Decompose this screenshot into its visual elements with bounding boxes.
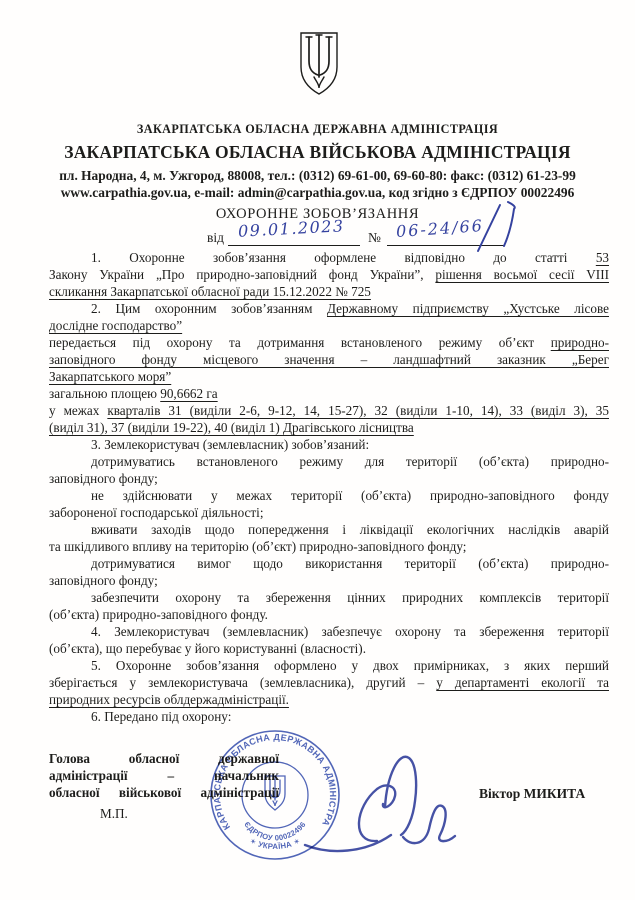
- date-blank-underline: [228, 228, 360, 246]
- body-line: 1. Охоронне зобов’язання оформлене відпо…: [49, 249, 609, 266]
- signer-name: Віктор МИКИТА: [479, 786, 585, 802]
- date-label: від: [207, 230, 224, 246]
- seal-place-label: М.П.: [100, 806, 128, 822]
- document-body: 1. Охоронне зобов’язання оформлене відпо…: [49, 249, 609, 725]
- body-line: дослідне господарство”: [49, 317, 609, 334]
- body-line: природних ресурсів облдержадміністрації.: [49, 691, 609, 708]
- body-line: заповідного фонду;: [49, 470, 609, 487]
- body-line: (об’єкта), що перебуває у його користува…: [49, 640, 609, 657]
- body-line: дотримуватись встановленого режиму для т…: [49, 453, 609, 470]
- body-line: вживати заходів щодо попередження і лікв…: [49, 521, 609, 538]
- body-line: скликання Закарпатської обласної ради 15…: [49, 283, 609, 300]
- contact-line: www.carpathia.gov.ua, e-mail: admin@carp…: [0, 185, 635, 201]
- body-line: не здійснювати у межах території (об’єкт…: [49, 487, 609, 504]
- ukraine-trident-icon: [297, 30, 341, 98]
- body-line: зберігається у землекористувача (землевл…: [49, 674, 609, 691]
- seal-trident-icon: [265, 776, 285, 810]
- body-line: забороненої господарської діяльності;: [49, 504, 609, 521]
- body-line: (виділ 31), 37 (виділи 19-22), 40 (виділ…: [49, 419, 609, 436]
- number-label: №: [368, 230, 381, 246]
- body-line: забезпечити охорону та збереження цінних…: [49, 589, 609, 606]
- body-line: передається під охорону та дотримання вс…: [49, 334, 609, 351]
- handwritten-signature: [285, 745, 485, 865]
- body-line: (об’єкта) природно-заповідного фонду.: [49, 606, 609, 623]
- body-line: Закону України „Про природно-заповідний …: [49, 266, 609, 283]
- body-line: 4. Землекористувач (землевласник) забезп…: [49, 623, 609, 640]
- body-line: 5. Охоронне зобов’язання оформлено у дво…: [49, 657, 609, 674]
- body-line: заповідного фонду;: [49, 572, 609, 589]
- body-line: дотримуватися вимог щодо використання те…: [49, 555, 609, 572]
- body-line: заповідного фонду місцевого значення – л…: [49, 351, 609, 368]
- body-line: та шкідливого впливу на територію (об’єк…: [49, 538, 609, 555]
- body-line: загальною площею 90,6662 га: [49, 385, 609, 402]
- body-line: у межах кварталів 31 (виділи 2-6, 9-12, …: [49, 402, 609, 419]
- document-page: ЗАКАРПАТСЬКА ОБЛАСНА ДЕРЖАВНА АДМІНІСТРА…: [0, 0, 635, 900]
- address-line: пл. Народна, 4, м. Ужгород, 88008, тел.:…: [0, 168, 635, 184]
- org-name-military-administration: ЗАКАРПАТСЬКА ОБЛАСНА ВІЙСЬКОВА АДМІНІСТР…: [0, 142, 635, 163]
- org-name-state-administration: ЗАКАРПАТСЬКА ОБЛАСНА ДЕРЖАВНА АДМІНІСТРА…: [0, 122, 635, 137]
- body-line: Закарпатського моря”: [49, 368, 609, 385]
- body-line: 3. Землекористувач (землевласник) зобов’…: [49, 436, 609, 453]
- document-title: ОХОРОННЕ ЗОБОВ’ЯЗАННЯ: [0, 206, 635, 223]
- reference-line: від №: [207, 226, 505, 246]
- body-line: 2. Цим охоронним зобов’язанням Державном…: [49, 300, 609, 317]
